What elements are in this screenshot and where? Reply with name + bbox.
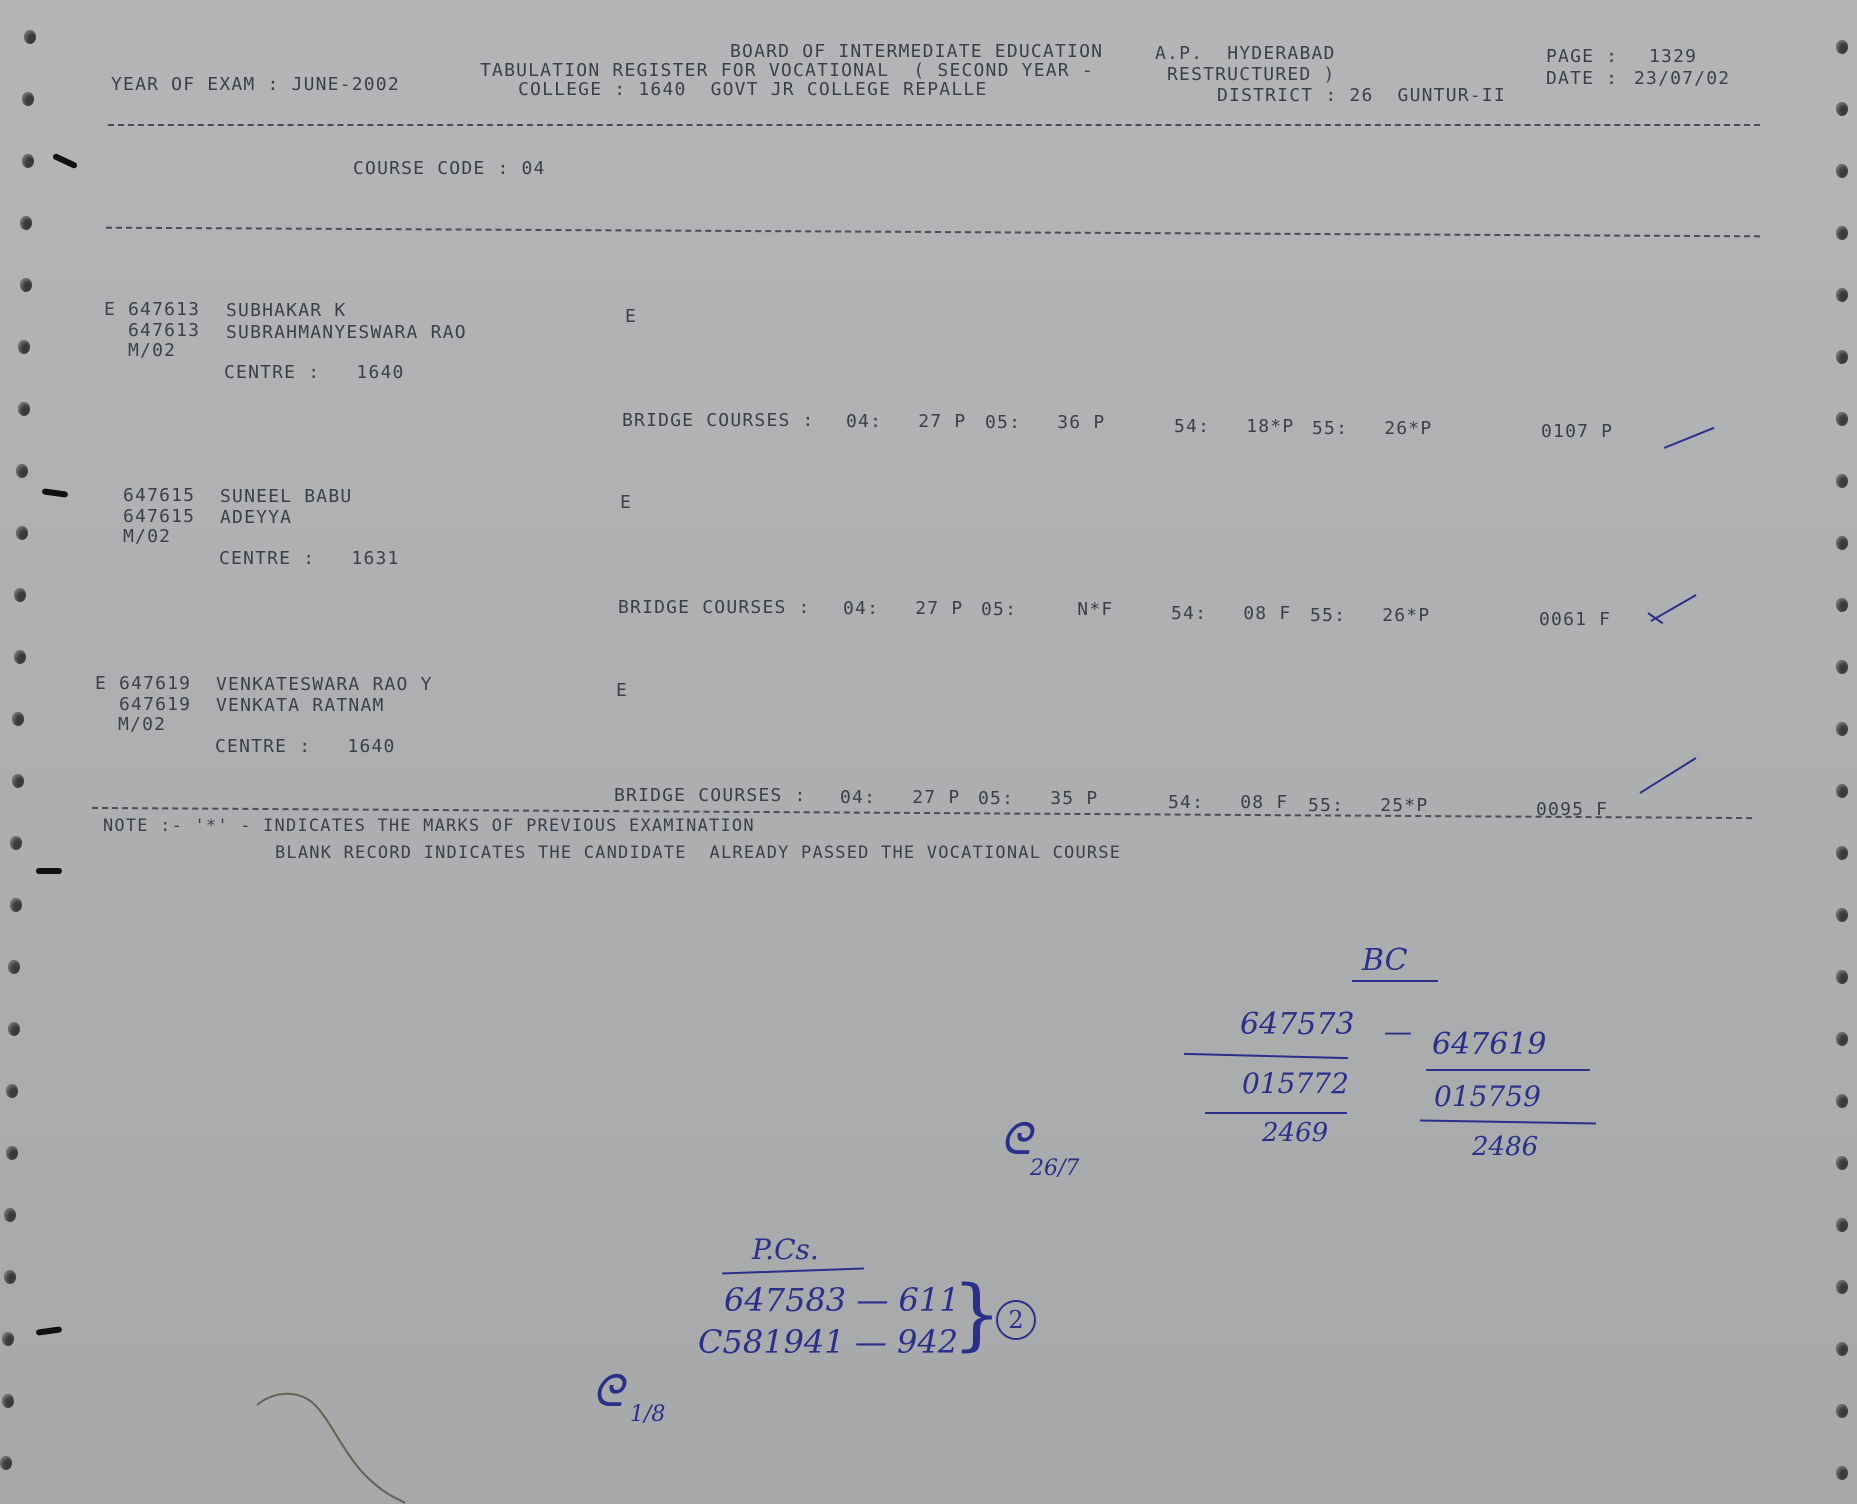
underline	[1184, 1053, 1348, 1059]
underline	[722, 1268, 864, 1275]
father-name: SUBRAHMANYESWARA RAO	[226, 324, 467, 342]
gender-year: M/02	[118, 716, 166, 734]
note-line-2: BLANK RECORD INDICATES THE CANDIDATE ALR…	[275, 845, 1121, 862]
signature-icon: ᘓ	[592, 1370, 623, 1414]
register-title: TABULATION REGISTER FOR VOCATIONAL ( SEC…	[480, 62, 1094, 80]
binding-mark	[52, 153, 78, 169]
gender-year: M/02	[123, 528, 171, 546]
bridge-course-04: 04: 27 P	[843, 600, 963, 618]
checkmark-icon	[1651, 594, 1697, 622]
tabulation-register-page: BOARD OF INTERMEDIATE EDUCATION A.P. HYD…	[0, 0, 1857, 1504]
gender-year: M/02	[128, 342, 176, 360]
bridge-course-04: 04: 27 P	[846, 413, 966, 431]
total-result: 0107 P	[1541, 423, 1613, 441]
initials-date: 26/7	[1030, 1158, 1079, 1180]
date-label: DATE :	[1546, 70, 1618, 88]
bridge-course-05: 05: 35 P	[978, 790, 1098, 808]
centre: CENTRE : 1640	[224, 364, 405, 382]
pcs-title: P.Cs.	[752, 1236, 819, 1264]
range-start: 647573	[1240, 1010, 1355, 1040]
note-line-1: NOTE :- '*' - INDICATES THE MARKS OF PRE…	[103, 818, 755, 835]
checkmark-icon	[1639, 757, 1696, 794]
left-subtrahend: 015772	[1242, 1070, 1349, 1098]
medium: E	[616, 682, 628, 700]
bridge-courses-label: BRIDGE COURSES :	[618, 599, 811, 617]
right-result: 2486	[1472, 1134, 1538, 1160]
bridge-course-55: 55: 25*P	[1308, 797, 1428, 815]
left-result: 2469	[1262, 1120, 1328, 1146]
hall-ticket-number: 647615	[123, 487, 195, 505]
right-subtrahend: 015759	[1434, 1083, 1541, 1111]
pcs-line-2: C581941 — 942	[698, 1326, 958, 1358]
underline	[1352, 980, 1438, 982]
exam-flag: E	[104, 301, 116, 319]
registration-number: 647619	[119, 696, 191, 714]
bridge-courses-label: BRIDGE COURSES :	[614, 787, 807, 805]
bridge-course-54: 54: 18*P	[1174, 418, 1294, 436]
bridge-courses-label: BRIDGE COURSES :	[622, 412, 815, 430]
bridge-course-54: 54: 08 F	[1171, 605, 1291, 623]
paper-fiber	[255, 1385, 415, 1504]
binding-mark	[36, 868, 62, 874]
candidate-name: SUBHAKAR K	[226, 302, 346, 320]
hall-ticket-number: 647619	[119, 675, 191, 693]
range-end: 647619	[1432, 1030, 1547, 1060]
checkmark-icon	[1664, 427, 1715, 449]
page-label: PAGE :	[1546, 48, 1618, 66]
date-value: 23/07/02	[1634, 70, 1730, 88]
pcs-line-1: 647583 — 611	[724, 1284, 960, 1316]
district-info: DISTRICT : 26 GUNTUR-II	[1217, 87, 1506, 105]
father-name: VENKATA RATNAM	[216, 697, 385, 715]
exam-flag: E	[95, 675, 107, 693]
centre: CENTRE : 1631	[219, 550, 400, 568]
bridge-course-05: 05: N*F	[981, 601, 1113, 619]
header-divider	[108, 124, 1760, 126]
year-of-exam: YEAR OF EXAM : JUNE-2002	[111, 76, 400, 94]
page-number: 1329	[1649, 48, 1697, 66]
bridge-course-55: 55: 26*P	[1312, 420, 1432, 438]
pcs-brace: }	[952, 1276, 1002, 1354]
bridge-course-04: 04: 27 P	[840, 789, 960, 807]
course-code: COURSE CODE : 04	[353, 160, 546, 178]
board-title: BOARD OF INTERMEDIATE EDUCATION	[730, 43, 1103, 61]
bridge-course-54: 54: 08 F	[1168, 794, 1288, 812]
bridge-course-05: 05: 36 P	[985, 414, 1105, 432]
underline	[1426, 1069, 1590, 1071]
medium: E	[620, 494, 632, 512]
restructured-label: RESTRUCTURED )	[1167, 66, 1336, 84]
initials-date: 1/8	[630, 1404, 665, 1426]
registration-number: 647615	[123, 508, 195, 526]
centre: CENTRE : 1640	[215, 738, 396, 756]
pcs-count-circled: 2	[996, 1300, 1036, 1340]
state-city: A.P. HYDERABAD	[1155, 45, 1336, 63]
candidate-name: VENKATESWARA RAO Y	[216, 676, 433, 694]
candidate-name: SUNEEL BABU	[220, 488, 352, 506]
underline	[1420, 1119, 1596, 1124]
college-info: COLLEGE : 1640 GOVT JR COLLEGE REPALLE	[518, 81, 987, 99]
underline	[1205, 1112, 1347, 1114]
medium: E	[625, 308, 637, 326]
course-divider	[106, 227, 1760, 238]
binding-mark	[36, 1326, 63, 1336]
registration-number: 647613	[128, 322, 200, 340]
bridge-course-55: 55: 26*P	[1310, 607, 1430, 625]
range-separator: —	[1384, 1018, 1412, 1046]
hall-ticket-number: 647613	[128, 301, 200, 319]
father-name: ADEYYA	[220, 509, 292, 527]
total-result: 0061 F	[1539, 611, 1611, 629]
bc-title: BC	[1362, 946, 1408, 976]
binding-mark	[42, 488, 69, 498]
signature-icon: ᘓ	[1000, 1118, 1031, 1162]
